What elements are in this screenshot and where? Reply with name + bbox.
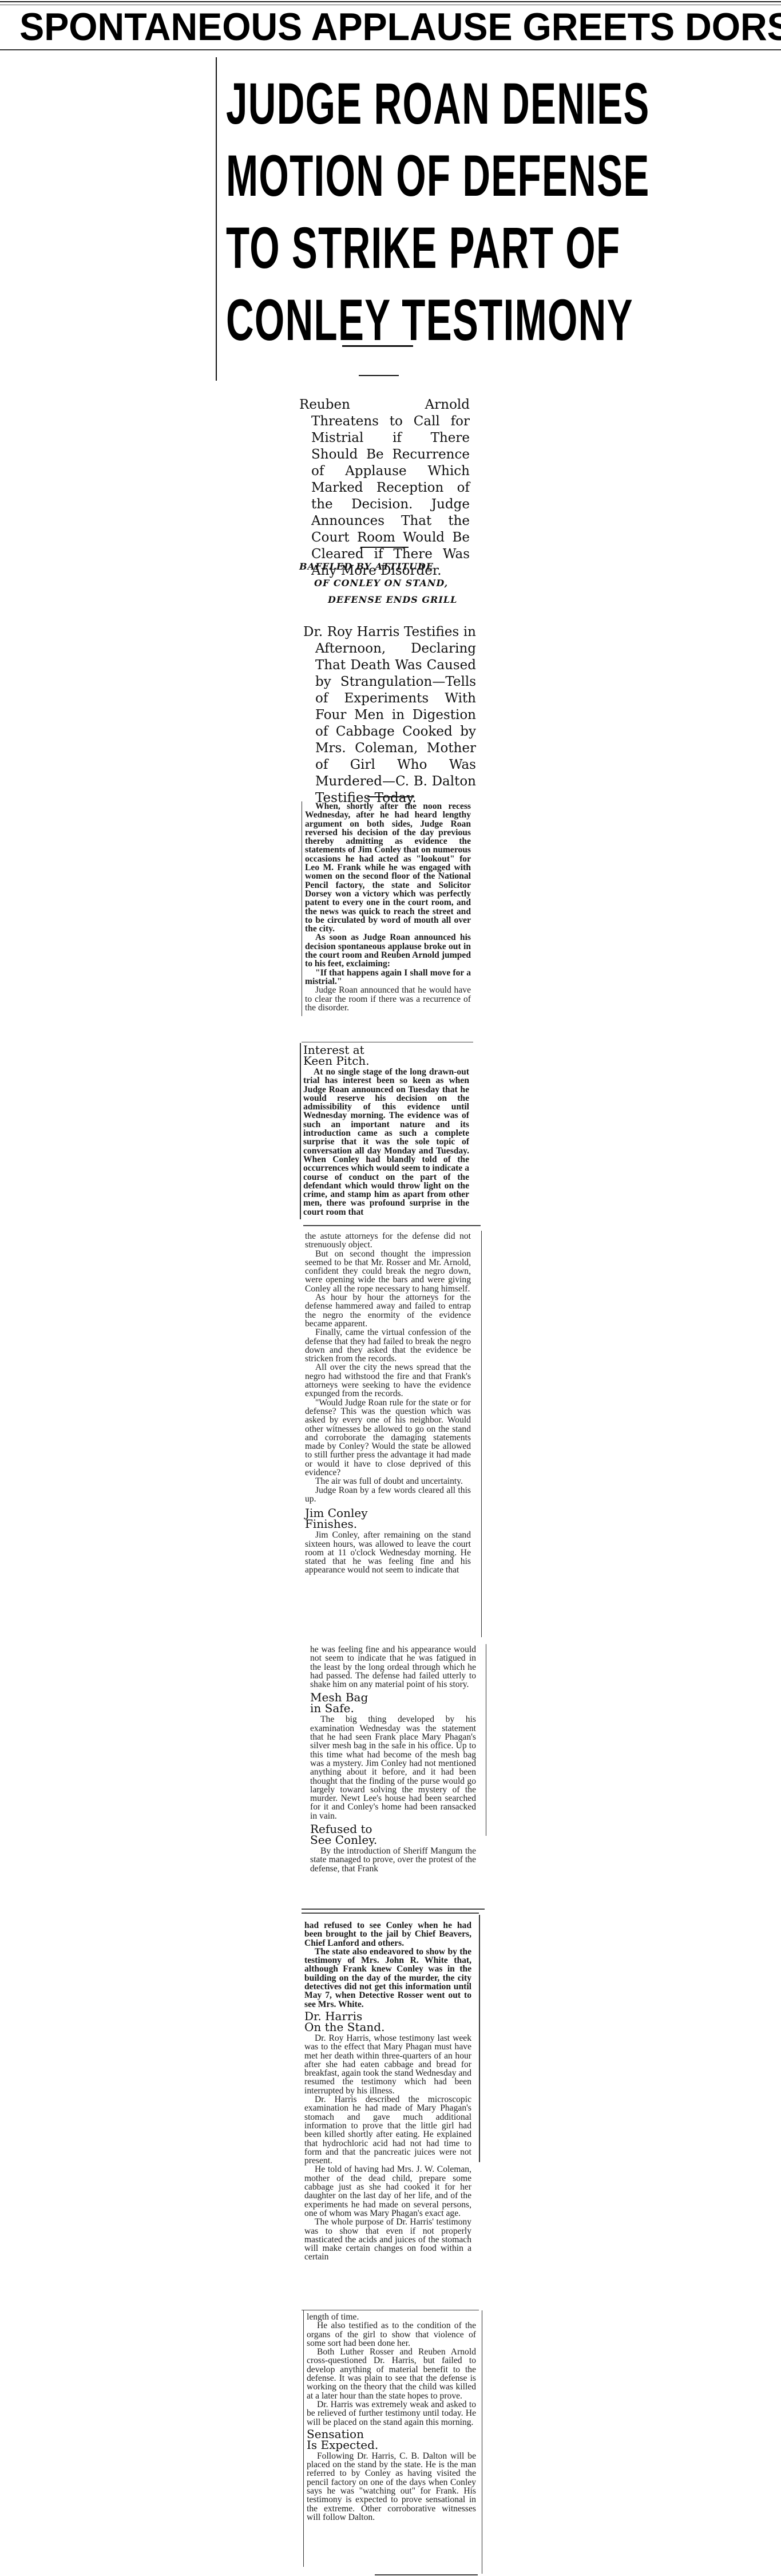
top-rule — [0, 1, 781, 5]
paragraph: As soon as Judge Roan announced his deci… — [305, 933, 471, 968]
column-rule — [302, 801, 302, 1016]
divider-rule — [367, 796, 414, 797]
main-headline: JUDGE ROAN DENIES MOTION OF DEFENSE TO S… — [226, 68, 561, 356]
article-section-continued: the astute attorneys for the defense did… — [305, 1232, 471, 1575]
deck-text: Dr. Roy Harris Testifies in Afternoon, D… — [303, 624, 476, 807]
section-subhead: Jim Conley Finishes. — [305, 1508, 471, 1530]
paragraph: As hour by hour the attorneys for the de… — [305, 1293, 471, 1328]
column-rule — [482, 2310, 482, 2574]
divider-rule — [360, 547, 409, 548]
article-section-sensation: length of time. He also testified as to … — [307, 2313, 476, 2522]
paragraph: Dr. Roy Harris, whose testimony last wee… — [304, 2034, 471, 2095]
section-rule — [302, 1042, 473, 1042]
column-rule — [481, 1231, 482, 1637]
article-section-mesh: he was feeling fine and his appearance w… — [310, 1645, 476, 1873]
column-rule — [303, 2310, 304, 2567]
paragraph: All over the city the news spread that t… — [305, 1363, 471, 1398]
headline-line: TO STRIKE PART OF — [226, 212, 447, 284]
column-rule — [300, 1043, 301, 1219]
section-rule — [302, 2310, 479, 2310]
column-rule — [486, 1644, 486, 1836]
article-lead: When, shortly after the noon recess Wedn… — [305, 802, 471, 1012]
paragraph: He also testified as to the condition of… — [307, 2321, 476, 2348]
subhead-line: Is Expected. — [307, 2440, 476, 2451]
paragraph: When, shortly after the noon recess Wedn… — [305, 802, 471, 933]
paragraph: Finally, came the virtual confession of … — [305, 1328, 471, 1363]
paragraph: length of time. — [307, 2313, 476, 2321]
paragraph: Dr. Harris described the microscopic exa… — [304, 2095, 471, 2165]
paragraph: Dr. Harris was extremely weak and asked … — [307, 2400, 476, 2427]
italic-deck-line: DEFENSE ENDS GRILL — [299, 591, 471, 608]
section-subhead: Interest at Keen Pitch. — [303, 1045, 469, 1066]
paragraph: "Would Judge Roan rule for the state or … — [305, 1398, 471, 1477]
section-subhead: Mesh Bag in Safe. — [310, 1692, 476, 1714]
section-subhead: Sensation Is Expected. — [307, 2429, 476, 2451]
subhead-line: Finishes. — [305, 1519, 471, 1530]
paragraph: "If that happens again I shall move for … — [305, 969, 471, 986]
article-section-harris: had refused to see Conley when he had be… — [304, 1921, 471, 2262]
subheadline-deck: Reuben Arnold Threatens to Call for Mist… — [299, 397, 470, 579]
paragraph: The big thing developed by his examinati… — [310, 1715, 476, 1820]
paragraph: The air was full of doubt and uncertaint… — [305, 1477, 471, 1485]
deck-text: Reuben Arnold Threatens to Call for Mist… — [299, 397, 470, 579]
column-rule — [216, 57, 217, 381]
paragraph: had refused to see Conley when he had be… — [304, 1921, 471, 1947]
italic-deck-line: OF CONLEY ON STAND, — [299, 575, 471, 591]
paragraph: At no single stage of the long drawn-out… — [303, 1068, 469, 1216]
headline-line: MOTION OF DEFENSE — [226, 140, 447, 212]
subhead-line: On the Stand. — [304, 2022, 471, 2033]
headline-line: JUDGE ROAN DENIES — [226, 68, 447, 140]
paragraph: Judge Roan by a few words cleared all th… — [305, 1486, 471, 1504]
divider-rule — [342, 345, 413, 347]
italic-deck-line: BAFFLED BY ATTITUDE — [299, 558, 471, 575]
subhead-line: in Safe. — [310, 1703, 476, 1714]
article-section-interest: Interest at Keen Pitch. At no single sta… — [303, 1044, 469, 1216]
paragraph: The state also endeavored to show by the… — [304, 1947, 471, 2009]
section-rule — [302, 1909, 485, 1910]
paragraph: the astute attorneys for the defense did… — [305, 1232, 471, 1250]
paragraph: By the introduction of Sheriff Mangum th… — [310, 1847, 476, 1873]
banner-rule — [0, 49, 781, 50]
paragraph: Judge Roan announced that he would have … — [305, 986, 471, 1012]
headline-line: CONLEY TESTIMONY — [226, 284, 447, 356]
subhead-line: See Conley. — [310, 1835, 476, 1846]
paragraph: The whole purpose of Dr. Harris' testimo… — [304, 2218, 471, 2261]
paragraph: Jim Conley, after remaining on the stand… — [305, 1531, 471, 1574]
column-rule — [479, 1915, 480, 2162]
paragraph: he was feeling fine and his appearance w… — [310, 1645, 476, 1689]
paragraph: Both Luther Rosser and Reuben Arnold cro… — [307, 2348, 476, 2400]
banner-headline: SPONTANEOUS APPLAUSE GREETS DORSEY'S VIC… — [19, 7, 762, 47]
paragraph: Following Dr. Harris, C. B. Dalton will … — [307, 2452, 476, 2522]
subheadline-deck: Dr. Roy Harris Testifies in Afternoon, D… — [303, 624, 476, 807]
paragraph: But on second thought the impression see… — [305, 1250, 471, 1293]
divider-rule — [359, 375, 399, 376]
section-rule — [375, 2574, 478, 2575]
section-subhead: Refused to See Conley. — [310, 1824, 476, 1846]
section-rule — [303, 1225, 481, 1226]
section-rule — [302, 1913, 479, 1914]
subhead-line: Keen Pitch. — [303, 1056, 469, 1066]
section-subhead: Dr. Harris On the Stand. — [304, 2011, 471, 2033]
paragraph: He told of having had Mrs. J. W. Coleman… — [304, 2165, 471, 2218]
italic-deck: BAFFLED BY ATTITUDE OF CONLEY ON STAND, … — [299, 558, 471, 608]
